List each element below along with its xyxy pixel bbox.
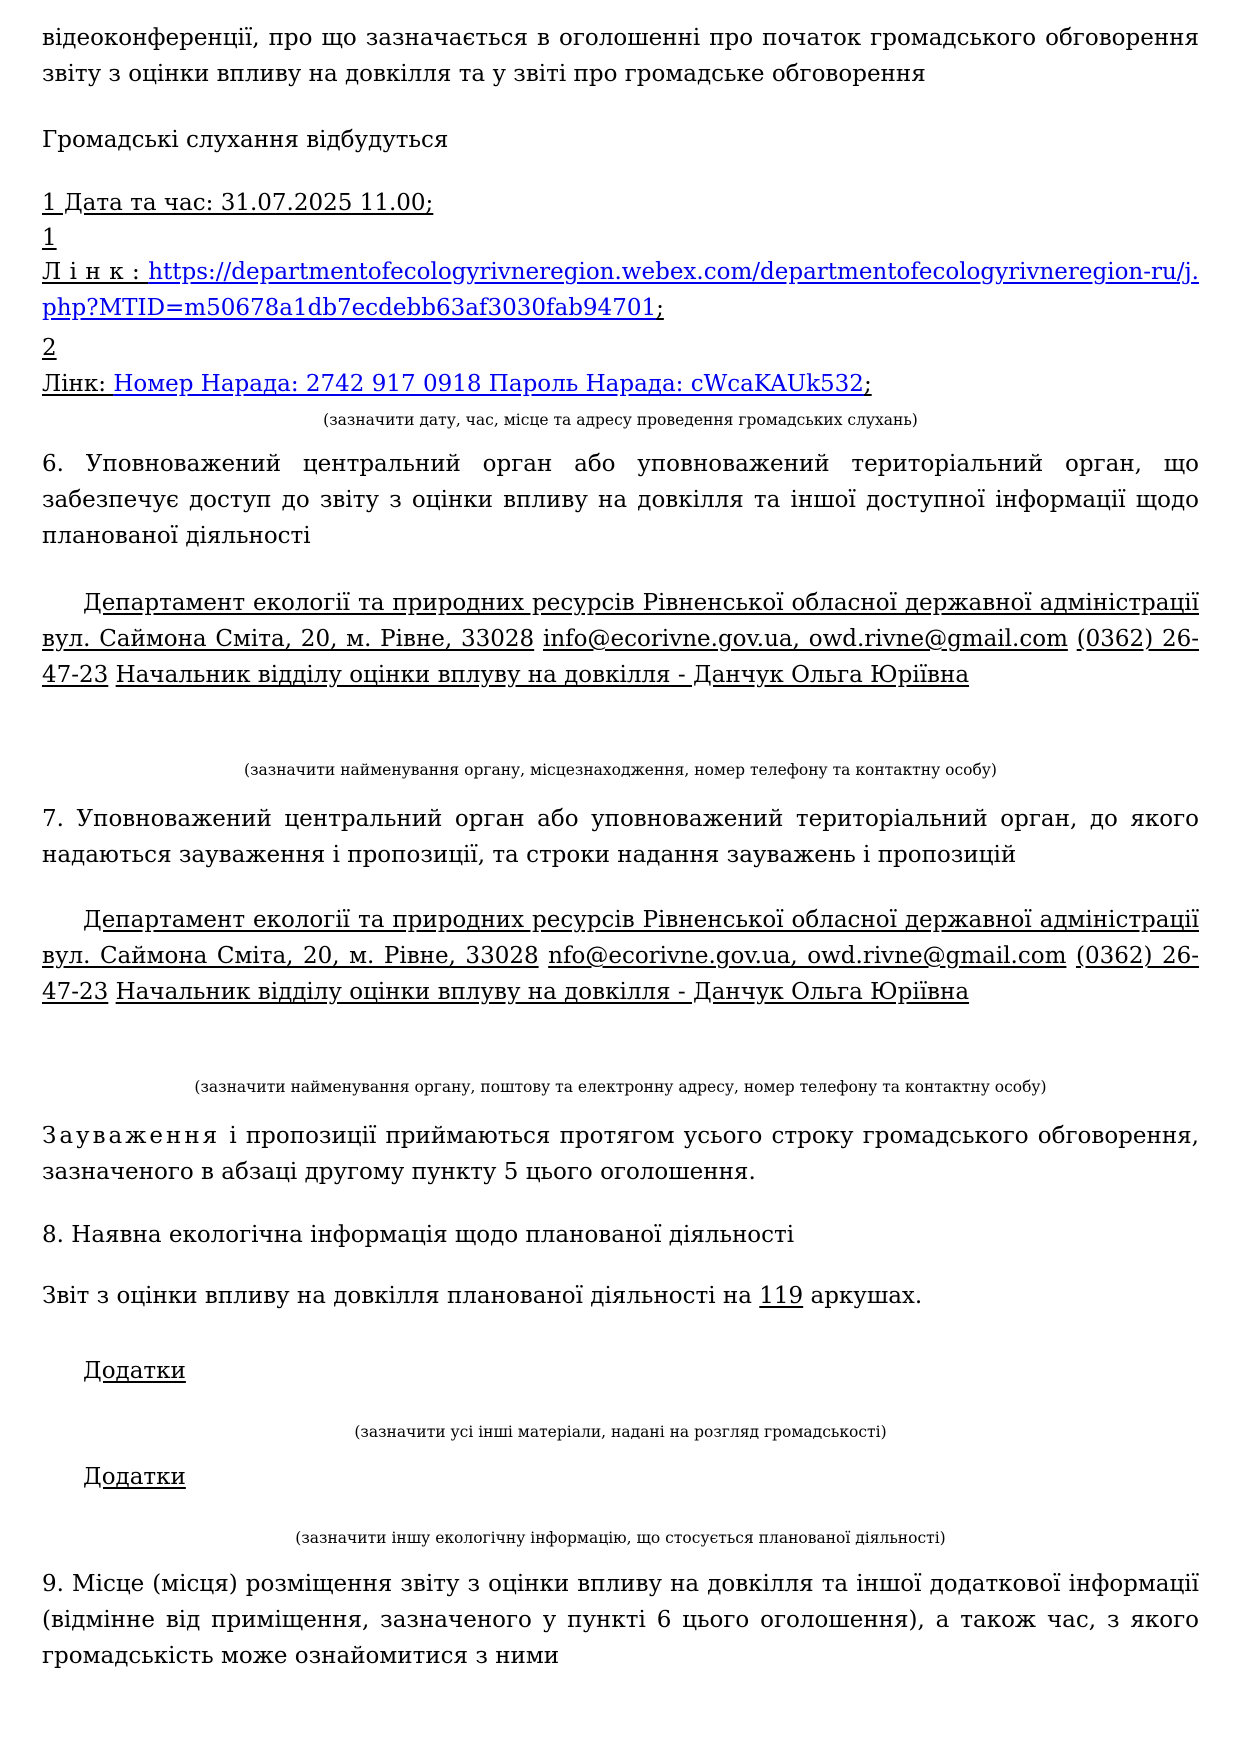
section-number: 7 bbox=[42, 806, 57, 832]
hearing-item-2-number: 2 bbox=[42, 330, 1199, 366]
hearing-item-1-link-line: Л і н к : https://departmentofecologyriv… bbox=[42, 254, 1199, 326]
link-end: ; bbox=[656, 295, 664, 321]
section-7-note: (зазначити найменування органу, поштову … bbox=[42, 1077, 1199, 1097]
org-contact: Начальник відділу оцінки вплуву на довкі… bbox=[116, 662, 969, 688]
org-email: nfo@ecorivne.gov.ua, owd.rivne@gmail.com bbox=[548, 943, 1066, 969]
section-number: 9 bbox=[42, 1571, 57, 1597]
section-9-heading: 9. Місце (місця) розміщення звіту з оцін… bbox=[42, 1566, 1199, 1674]
webex-link[interactable]: https://departmentofecologyrivneregion.w… bbox=[42, 259, 1199, 321]
attachments-1: Додатки bbox=[42, 1353, 1240, 1389]
org-address: вул. Саймона Сміта, 20, м. Рівне, 33028 bbox=[42, 626, 534, 652]
org-name: Департамент екології та природних ресурс… bbox=[83, 907, 1199, 933]
section-7-body: Департамент екології та природних ресурс… bbox=[42, 902, 1199, 1010]
section-number: 6 bbox=[42, 451, 57, 477]
hearing-item-2-link-line: Лінк: Номер Нарада: 2742 917 0918 Пароль… bbox=[42, 366, 1199, 402]
link-label: Лінк: bbox=[42, 371, 113, 397]
hearings-heading: Громадські слухання відбудуться bbox=[42, 122, 1199, 158]
section-text: . Уповноважений центральний орган або уп… bbox=[42, 451, 1199, 549]
link-label: Л і н к : bbox=[42, 259, 148, 285]
attachments-2: Додатки bbox=[42, 1459, 1240, 1495]
hearing-date-text: 1 Дата та час: 31.07.2025 11.00; bbox=[42, 190, 433, 216]
section-text: . Місце (місця) розміщення звіту з оцінк… bbox=[42, 1571, 1199, 1669]
attachments-label: Додатки bbox=[83, 1358, 186, 1384]
remarks-word: Зауваження bbox=[42, 1123, 220, 1149]
report-sheet-count: 119 bbox=[759, 1283, 803, 1309]
section-8-heading: 8. Наявна екологічна інформація щодо пла… bbox=[42, 1217, 1199, 1253]
attachments-label: Додатки bbox=[83, 1464, 186, 1490]
item-number: 1 bbox=[42, 225, 57, 251]
report-text-end: аркушах. bbox=[803, 1283, 922, 1309]
meeting-credentials-link[interactable]: Номер Нарада: 2742 917 0918 Пароль Нарад… bbox=[113, 371, 864, 397]
section-7-heading: 7. Уповноважений центральний орган або у… bbox=[42, 801, 1199, 873]
section-text: . Уповноважений центральний орган або уп… bbox=[42, 806, 1199, 868]
org-name: Департамент екології та природних ресурс… bbox=[83, 590, 1199, 616]
item-number: 2 bbox=[42, 335, 57, 361]
intro-paragraph: відеоконференції, про що зазначається в … bbox=[42, 20, 1199, 92]
hearing-note: (зазначити дату, час, місце та адресу пр… bbox=[42, 410, 1199, 430]
attachments-1-note: (зазначити усі інші матеріали, надані на… bbox=[42, 1422, 1199, 1442]
section-6-heading: 6. Уповноважений центральний орган або у… bbox=[42, 446, 1199, 554]
hearing-date: 1 Дата та час: 31.07.2025 11.00; bbox=[42, 185, 1199, 221]
attachments-2-note: (зазначити іншу екологічну інформацію, щ… bbox=[42, 1528, 1199, 1548]
remarks-paragraph: Зауваження і пропозиції приймаються прот… bbox=[42, 1118, 1199, 1190]
link-end: ; bbox=[864, 371, 872, 397]
org-address: вул. Саймона Сміта, 20, м. Рівне, 33028 bbox=[42, 943, 539, 969]
section-6-body: Департамент екології та природних ресурс… bbox=[42, 585, 1199, 693]
report-sheets-line: Звіт з оцінки впливу на довкілля планова… bbox=[42, 1278, 1199, 1314]
org-email: info@ecorivne.gov.ua, owd.rivne@gmail.co… bbox=[543, 626, 1068, 652]
section-6-note: (зазначити найменування органу, місцезна… bbox=[42, 760, 1199, 780]
report-text: Звіт з оцінки впливу на довкілля планова… bbox=[42, 1283, 759, 1309]
hearing-item-1-number: 1 bbox=[42, 220, 1199, 256]
org-contact: Начальник відділу оцінки вплуву на довкі… bbox=[116, 979, 969, 1005]
intro-text: відеоконференції, про що зазначається в … bbox=[42, 25, 1199, 87]
